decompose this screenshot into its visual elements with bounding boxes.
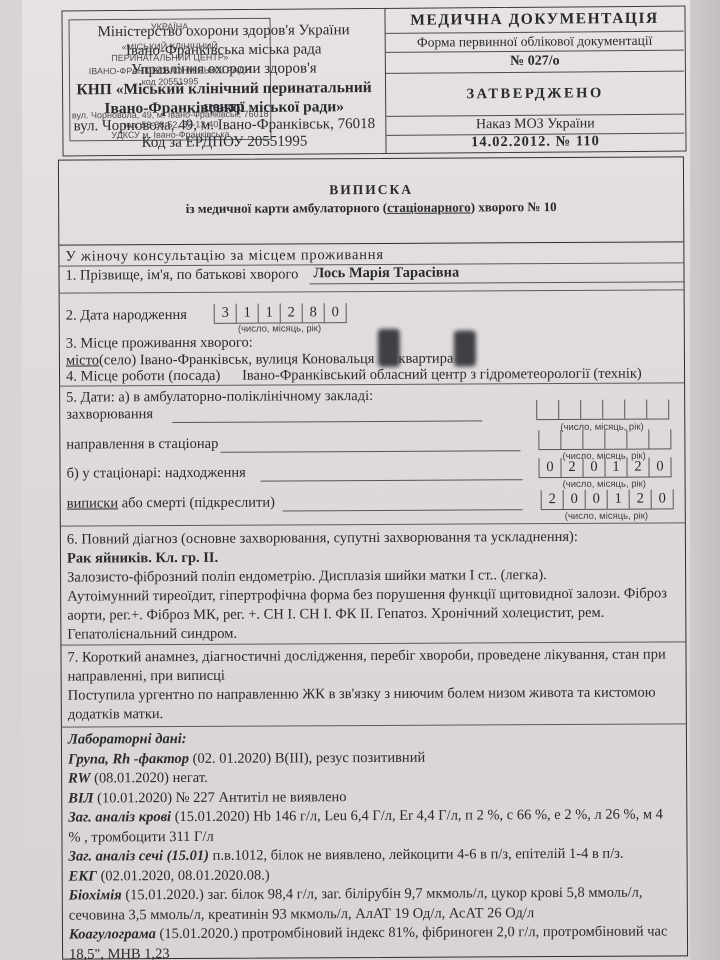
diagnosis-line: аорти, рег.+. Фіброз МК, рег. +. СН I. С…: [67, 603, 677, 625]
workplace-label: 4. Місце роботи (посада): [66, 368, 220, 386]
digit-cell: 2: [629, 490, 651, 509]
digit-cell: 0: [648, 457, 671, 476]
stamp-line: «МІСЬКИЙ КЛІНІЧНИЙ: [70, 41, 270, 53]
lab-test-value: (02. 01.2020) В(III), резус позитивний: [189, 749, 425, 766]
digit-cell: 1: [258, 303, 280, 322]
discharge-form: ВИПИСКА із медичної карти амбулаторного …: [58, 156, 688, 959]
digit-cell: 2: [541, 490, 563, 509]
divider: [61, 522, 685, 526]
lab-result-row: Заг. аналіз сечі (15.01) п.в.1012, білок…: [69, 844, 679, 867]
document-header: Міністерство охорони здоров'я України Ів…: [61, 6, 686, 157]
birth-date-label: 2. Дата народження: [66, 307, 187, 325]
digit-cell: [558, 400, 580, 419]
form-info-block: МЕДИЧНА ДОКУМЕНТАЦІЯ Форма первинної обл…: [385, 7, 684, 153]
lab-test-value: (15.01.2020.) заг. білок 98,4 г/л, заг. …: [122, 885, 643, 904]
dates-label: 5. Дати: а) в амбулаторно-поліклінічному…: [66, 388, 373, 407]
divider: [60, 289, 684, 293]
order-date: 14.02.2012. № 110: [386, 133, 684, 152]
referral-date-line: [220, 450, 520, 453]
digit-cell: 2: [626, 458, 648, 477]
form-label: Форма первинної облікової документації: [386, 32, 684, 53]
anamnesis-line: додатків матки.: [68, 702, 678, 724]
document-title: ВИПИСКА: [59, 179, 683, 199]
admission-date-line: [261, 479, 523, 481]
anamnesis-section: 7. Короткий анамнез, діагностичні дослід…: [67, 645, 677, 724]
anamnesis-line: Поступила ургентно по направленню ЖК в з…: [68, 683, 678, 705]
digit-cell: 2: [280, 303, 302, 322]
digit-cell: [626, 430, 648, 449]
digit-cell: 0: [324, 303, 347, 322]
lab-result-row: Коагулограма (15.01.2020.) протромбінови…: [69, 922, 679, 945]
lab-test-name: Заг. аналіз сечі (15.01): [69, 848, 209, 865]
institution-stamp: УКРАЇНА «МІСЬКИЙ КЛІНІЧНИЙ ПЕРИНАТАЛЬНИЙ…: [69, 18, 272, 142]
referral-date-digits: [538, 429, 671, 450]
digit-cell: 1: [607, 490, 629, 509]
digit-cell: 1: [236, 304, 258, 323]
digit-cell: 0: [585, 490, 607, 509]
lab-test-value: сечовина 3,5 ммоль/л, креатинін 93 мкмол…: [69, 905, 534, 923]
lab-test-value: 18,5", МНВ 1,23: [69, 946, 170, 960]
diagnosis-section: 6. Повний діагноз (основне захворювання,…: [67, 527, 678, 644]
discharge-underlined: виписки: [67, 495, 118, 511]
recipient: У жіночу консультацію за місцем проживан…: [65, 247, 383, 266]
digit-cell: 0: [582, 458, 604, 477]
digit-cell: [646, 399, 669, 418]
subtitle-underlined: стаціонарного: [387, 199, 471, 214]
lab-result-row: 18,5", МНВ 1,23: [69, 942, 679, 960]
city-underlined: місто: [66, 352, 99, 368]
lab-test-name: ЕКГ: [69, 868, 97, 884]
illness-date-line: [172, 420, 482, 423]
digit-cell: [624, 400, 646, 419]
lab-test-name: Коагулограма: [69, 926, 156, 942]
subtitle-text: із медичної карти амбулаторного (: [186, 200, 387, 216]
discharge-rest: або смерті (підкреслити): [118, 495, 275, 512]
stamp-line: ПЕРИНАТАЛЬНИЙ ЦЕНТР»: [70, 52, 270, 64]
lab-test-value: (10.01.2020) № 227 Антитіл не виявлено: [93, 789, 346, 806]
digit-cell: [560, 430, 582, 449]
digit-cell: 3: [214, 304, 236, 323]
lab-test-name: RW: [68, 770, 90, 786]
digit-cell: 2: [560, 458, 582, 477]
document-subtitle: із медичної карти амбулаторного (стаціон…: [59, 197, 683, 217]
stamp-line: УКРАЇНА: [70, 21, 270, 33]
lab-result-row: Заг. аналіз крові (15.01.2020) Hb 146 г/…: [68, 805, 678, 828]
discharge-date-line: [283, 509, 523, 511]
digit-cell: [604, 430, 626, 449]
digit-cell: [580, 400, 602, 419]
digit-cell: 1: [604, 458, 626, 477]
digit-cell: 0: [538, 458, 560, 477]
date-hint: (число, місяць, рік): [563, 479, 646, 490]
subtitle-text: ) хворого № 10: [471, 199, 557, 214]
illness-date-digits: [536, 399, 669, 420]
stamp-line: ІВАНО-ФРАНКІВСЬКОЇ МІСЬКОЇ РАДИ: [70, 65, 270, 77]
digit-cell: [602, 400, 624, 419]
institution-block: Міністерство охорони здоров'я України Ів…: [62, 9, 386, 156]
digit-cell: 8: [302, 303, 324, 322]
divider: [59, 241, 683, 245]
anamnesis-label: 7. Короткий анамнез, діагностичні дослід…: [67, 645, 677, 667]
background-edge: [690, 0, 720, 960]
redaction-mark: [454, 330, 476, 366]
residence-label: 3. Місце проживання хворого:: [66, 335, 253, 353]
date-hint: (число, місяць, рік): [238, 323, 321, 334]
digit-cell: 0: [563, 490, 585, 509]
lab-test-name: ВІЛ: [68, 790, 93, 806]
lab-test-value: (08.01.2020) негат.: [90, 770, 207, 787]
digit-cell: 0: [651, 489, 674, 508]
lab-test-value: (15.01.2020.) протромбіновий індекс 81%,…: [156, 923, 668, 942]
workplace-value: Івано-Франківський обласний центр з гідр…: [242, 366, 642, 385]
birth-date-digits: 3 1 1 2 8 0: [214, 303, 347, 324]
lab-result-row: Біохімія (15.01.2020.) заг. білок 98,4 г…: [69, 883, 679, 906]
discharge-date-digits: 2 0 0 1 2 0: [541, 489, 674, 510]
patient-name: Лось Марія Тарасівна: [313, 265, 459, 283]
stamp-line: код 20551995: [70, 76, 270, 88]
digit-cell: [536, 400, 558, 419]
referral-date-label: направлення в стаціонар: [66, 436, 218, 454]
medical-doc-title: МЕДИЧНА ДОКУМЕНТАЦІЯ: [385, 7, 683, 34]
redaction-mark: [378, 329, 400, 367]
approved-label: ЗАТВЕРДЖЕНО: [386, 72, 684, 117]
discharge-date-label: виписки або смерті (підкреслити): [67, 495, 275, 513]
lab-test-name: Група, Rh -фактор: [68, 750, 189, 767]
residence-address: (село) Івано-Франківськ, вулиця Коноваль…: [99, 351, 374, 368]
lab-test-value: (15.01.2020) Hb 146 г/л, Leu 6,4 Г/л, Er…: [171, 806, 663, 825]
lab-test-value: % , тромбоцити 311 Г/л: [68, 828, 213, 845]
patient-name-label: 1. Прізвище, ім'я, по батькові хворого: [65, 266, 298, 284]
lab-test-name: Біохімія: [69, 887, 122, 903]
date-hint: (число, місяць, рік): [565, 511, 648, 522]
lab-test-name: Заг. аналіз крові: [68, 809, 171, 826]
lab-results-section: Лабораторні дані: Група, Rh -фактор (02.…: [68, 727, 679, 960]
digit-cell: [538, 430, 560, 449]
form-number: № 027/о: [386, 51, 684, 74]
lab-test-value: п.в.1012, білок не виявлено, лейкоцити 4…: [209, 846, 624, 864]
apartment-label: квартира: [398, 351, 453, 367]
stamp-line: УДКСУ м. Івано-Франківська: [70, 129, 270, 141]
digit-cell: [648, 429, 671, 448]
digit-cell: [582, 430, 604, 449]
lab-test-value: (02.01.2020, 08.01.2020.08.): [97, 867, 270, 884]
admission-date-digits: 0 2 0 1 2 0: [538, 457, 671, 478]
illness-date-label: захворювання: [66, 406, 153, 423]
admission-date-label: б) у стаціонарі: надходження: [67, 465, 246, 483]
